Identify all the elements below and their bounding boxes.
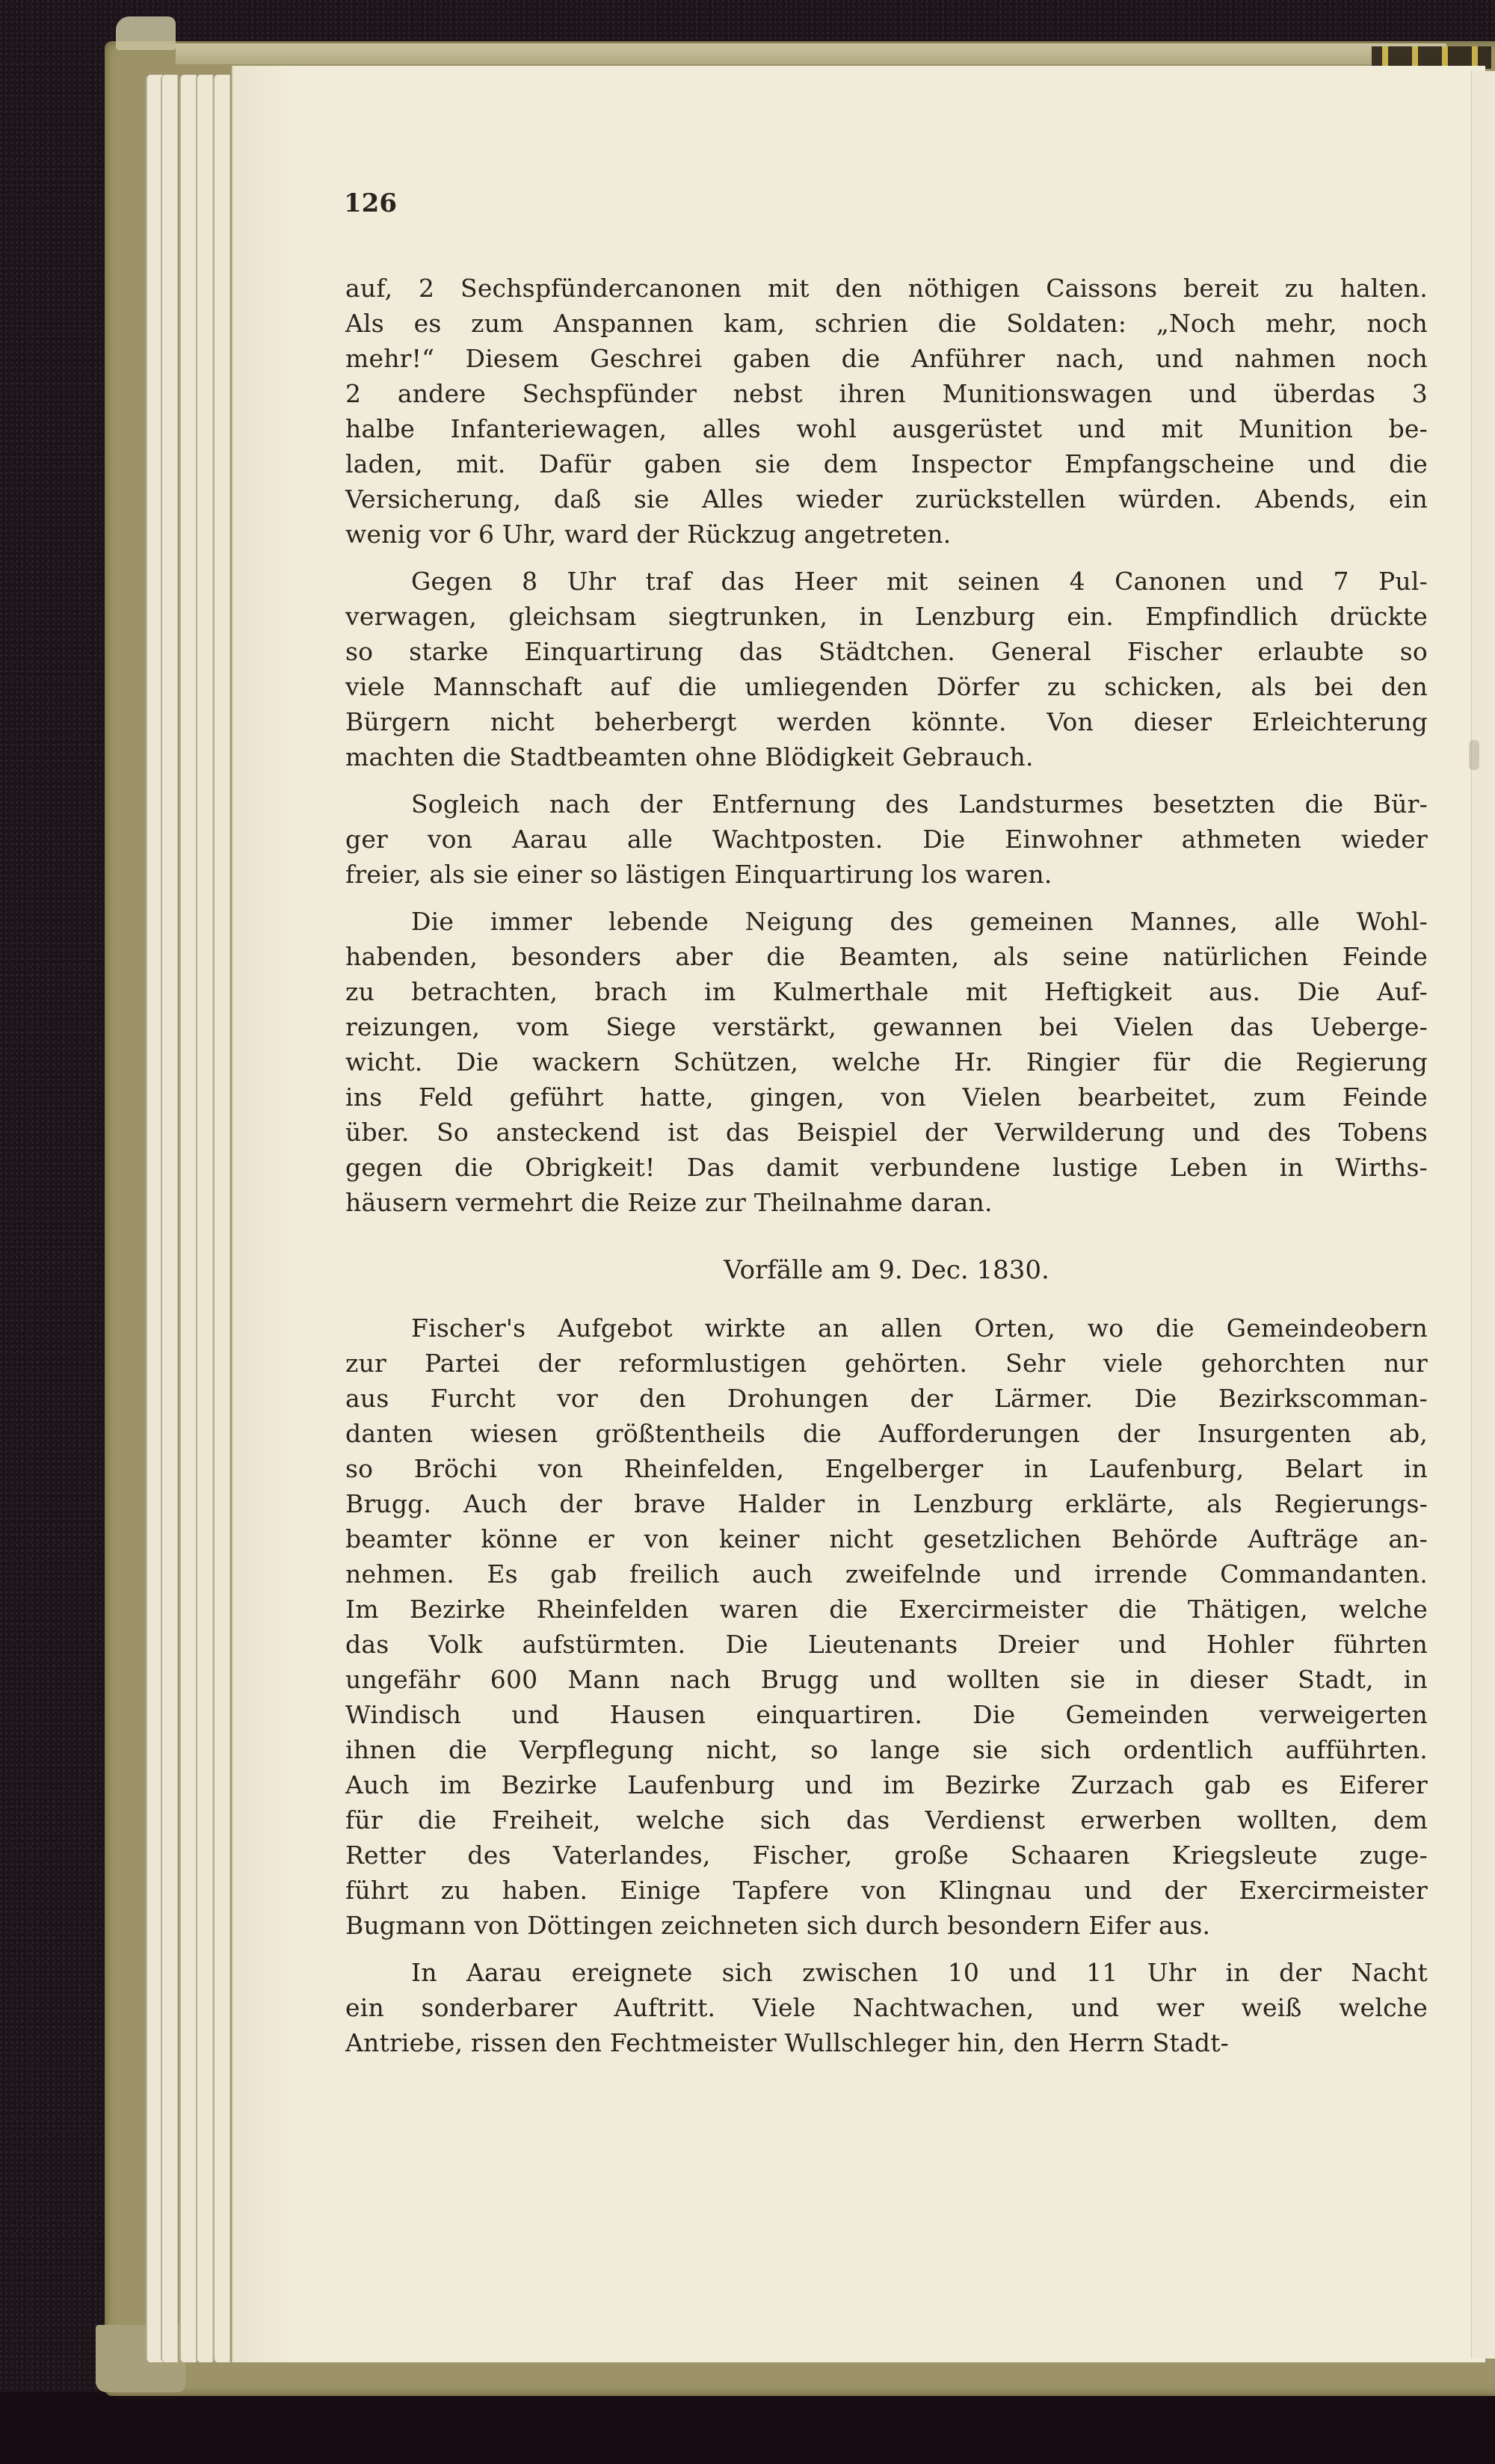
- text-line: Versicherung, daß sie Alles wieder zurüc…: [345, 481, 1428, 517]
- text-line: das Volk aufstürmten. Die Lieutenants Dr…: [345, 1627, 1428, 1662]
- text-line: laden, mit. Dafür gaben sie dem Inspecto…: [345, 446, 1428, 481]
- cover-corner-worn-top: [116, 16, 176, 50]
- text-line: über. So ansteckend ist das Beispiel der…: [345, 1115, 1428, 1150]
- text-line: In Aarau ereignete sich zwischen 10 und …: [411, 1955, 1428, 1990]
- text-line: Bürgern nicht beherbergt werden könnte. …: [345, 704, 1428, 739]
- text-line: beamter könne er von keiner nicht gesetz…: [345, 1521, 1428, 1556]
- text-line: wenig vor 6 Uhr, ward der Rückzug angetr…: [345, 517, 1428, 552]
- text-line: wicht. Die wackern Schützen, welche Hr. …: [345, 1044, 1428, 1079]
- page-edge: [179, 75, 197, 2362]
- text-line: ihnen die Verpflegung nicht, so lange si…: [345, 1732, 1428, 1767]
- text-line: ein sonderbarer Auftritt. Viele Nachtwac…: [345, 1990, 1428, 2025]
- page-edge: [213, 75, 230, 2362]
- facing-page-edge: [1471, 71, 1495, 2359]
- text-line: auf, 2 Sechspfündercanonen mit den nöthi…: [345, 271, 1428, 306]
- text-line: Die immer lebende Neigung des gemeinen M…: [411, 904, 1428, 939]
- text-line: halbe Infanteriewagen, alles wohl ausger…: [345, 411, 1428, 446]
- text-line: so Bröchi von Rheinfelden, Engelberger i…: [345, 1451, 1428, 1486]
- text-line: so starke Einquartirung das Städtchen. G…: [345, 634, 1428, 669]
- text-line: Retter des Vaterlandes, Fischer, große S…: [345, 1838, 1428, 1873]
- text-line: machten die Stadtbeamten ohne Blödigkeit…: [345, 739, 1428, 774]
- text-line: führt zu haben. Einige Tapfere von Kling…: [345, 1873, 1428, 1908]
- text-line: aus Furcht vor den Drohungen der Lärmer.…: [345, 1381, 1428, 1416]
- text-line: häusern vermehrt die Reize zur Theilnahm…: [345, 1185, 1428, 1220]
- page-edge: [196, 75, 213, 2362]
- text-line: Im Bezirke Rheinfelden waren die Exercir…: [345, 1592, 1428, 1627]
- text-line: Als es zum Anspannen kam, schrien die So…: [345, 306, 1428, 341]
- section-heading: Vorfälle am 9. Dec. 1830.: [345, 1253, 1428, 1288]
- text-line: Fischer's Aufgebot wirkte an allen Orten…: [411, 1310, 1428, 1346]
- text-line: Windisch und Hausen einquartiren. Die Ge…: [345, 1697, 1428, 1732]
- text-line: reizungen, vom Siege verstärkt, gewannen…: [345, 1009, 1428, 1044]
- text-line: ger von Aarau alle Wachtposten. Die Einw…: [345, 822, 1428, 857]
- page-edge: [161, 75, 178, 2362]
- text-line: ungefähr 600 Mann nach Brugg und wollten…: [345, 1662, 1428, 1697]
- text-line: gegen die Obrigkeit! Das damit verbunden…: [345, 1150, 1428, 1185]
- text-line: danten wiesen größtentheils die Aufforde…: [345, 1416, 1428, 1451]
- text-line: viele Mannschaft auf die umliegenden Dör…: [345, 669, 1428, 704]
- text-line: freier, als sie einer so lästigen Einqua…: [345, 857, 1428, 892]
- text-line: ins Feld geführt hatte, gingen, von Viel…: [345, 1079, 1428, 1115]
- text-line: Sogleich nach der Entfernung des Landstu…: [411, 786, 1428, 822]
- text-line: Antriebe, rissen den Fechtmeister Wullsc…: [345, 2025, 1428, 2060]
- page-number: 126: [344, 188, 397, 218]
- text-line: 2 andere Sechspfünder nebst ihren Muniti…: [345, 376, 1428, 411]
- page-smudge: [1469, 740, 1479, 770]
- text-line: habenden, besonders aber die Beamten, al…: [345, 939, 1428, 974]
- text-line: Bugmann von Döttingen zeichneten sich du…: [345, 1908, 1428, 1943]
- text-line: mehr!“ Diesem Geschrei gaben die Anführe…: [345, 341, 1428, 376]
- table-surface: [0, 2392, 1495, 2464]
- text-line: für die Freiheit, welche sich das Verdie…: [345, 1802, 1428, 1838]
- text-line: verwagen, gleichsam siegtrunken, in Lenz…: [345, 599, 1428, 634]
- text-line: zu betrachten, brach im Kulmerthale mit …: [345, 974, 1428, 1009]
- text-line: Brugg. Auch der brave Halder in Lenzburg…: [345, 1486, 1428, 1521]
- cover-top-edge: [176, 43, 1446, 64]
- text-line: nehmen. Es gab freilich auch zweifelnde …: [345, 1556, 1428, 1592]
- text-line: zur Partei der reformlustigen gehörten. …: [345, 1346, 1428, 1381]
- text-line: Auch im Bezirke Laufenburg und im Bezirk…: [345, 1767, 1428, 1802]
- text-line: Gegen 8 Uhr traf das Heer mit seinen 4 C…: [411, 564, 1428, 599]
